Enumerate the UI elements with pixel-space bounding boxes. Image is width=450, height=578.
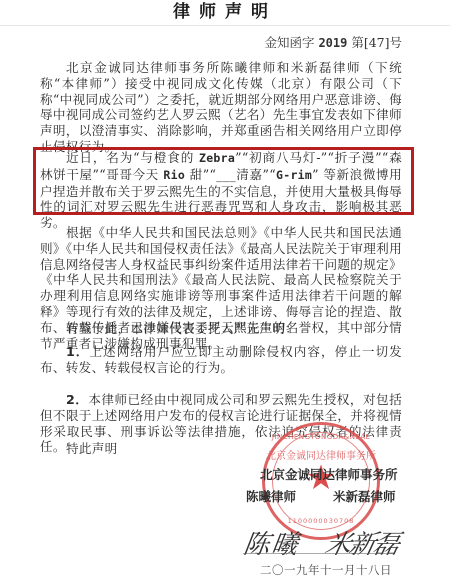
weibo-user-grim: G-rim (276, 168, 312, 182)
header-divider (0, 25, 450, 26)
item-number: 1． (66, 344, 89, 359)
highlighted-text-pre: 近日，名为“与橙食的 (66, 150, 199, 165)
document-number: 金知函字 2019 第[47]号 (264, 33, 402, 51)
highlighted-paragraph: 近日，名为“与橙食的 Zebra”“初商八马灯-”“折子漫”“森林饼干屋”“哥哥… (40, 150, 402, 231)
item-text: 上述网络用户应立即主动删除侵权内容，停止一切发布、转发、转载侵权言论的行为。 (40, 344, 402, 375)
signature-date: 二〇一九年十一月十八日 (260, 562, 392, 578)
handwritten-signature-1: 陈曦 (241, 524, 302, 561)
handwritten-signature-2: 米新磊 (322, 524, 402, 561)
seal-english-text: JINCHENGTONGDA&NEAL (265, 433, 377, 441)
weibo-user-rio: Rio (163, 168, 185, 182)
signature-underline (243, 553, 393, 554)
doc-number-year: 2019 (318, 36, 347, 50)
declaration-intro: 有鉴于此，本律师代表委托人严正声明： (40, 321, 402, 337)
lawyer-name-2: 米新磊律师 (333, 487, 396, 505)
lawyer-name-1: 陈曦律师 (246, 487, 296, 505)
highlighted-text-mid2: 甜”“___清嘉”“ (185, 167, 276, 182)
doc-number-suffix: 第[47]号 (351, 35, 402, 50)
doc-number-prefix: 金知函字 (264, 35, 314, 50)
weibo-user-zebra: Zebra (199, 151, 235, 165)
intro-paragraph: 北京金诚同达律师事务所陈曦律师和米新磊律师（下统称“本律师”）接受中视同成文化传… (40, 60, 402, 155)
document-title: 律师声明 (0, 1, 450, 23)
law-firm-name: 北京金诚同达律师事务所 (260, 465, 398, 483)
item-number: 2． (66, 392, 88, 407)
declaration-item-1: 1．上述网络用户应立即主动删除侵权内容，停止一切发布、转发、转载侵权言论的行为。 (40, 344, 402, 376)
